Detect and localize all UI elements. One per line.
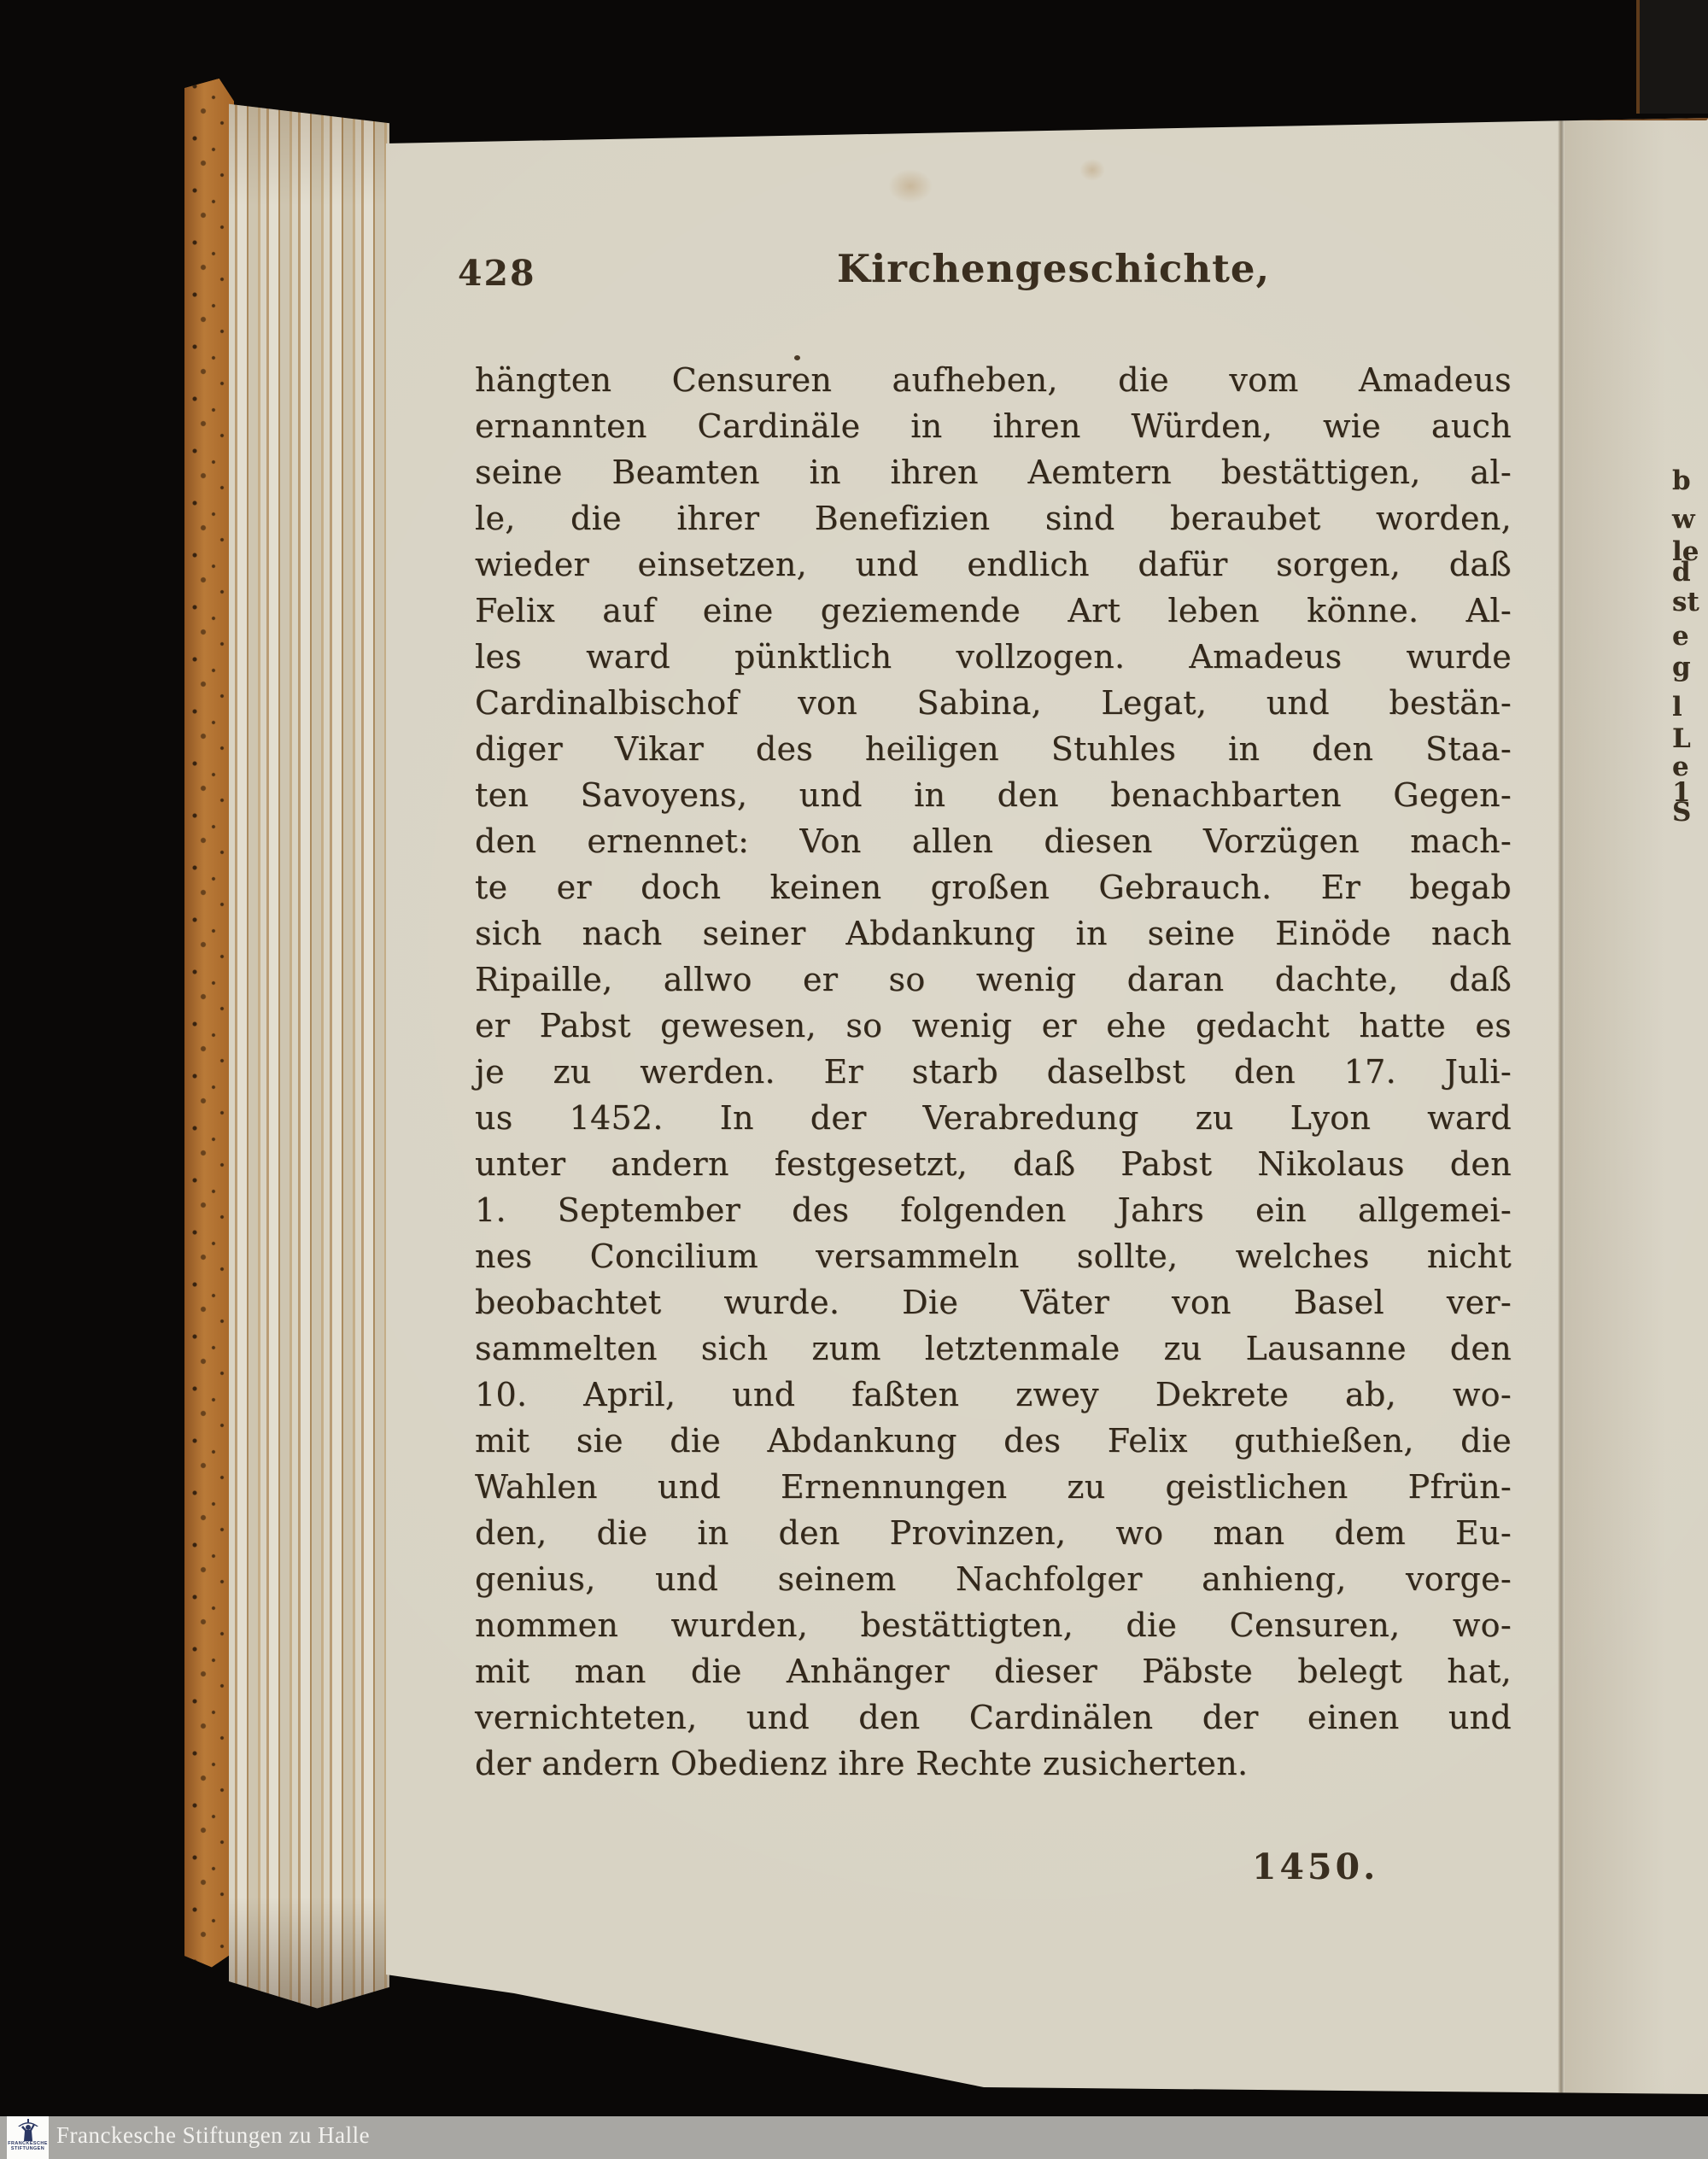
text-line: vernichteten, und den Cardinälen der ein… — [475, 1694, 1512, 1741]
gutter-crease — [1558, 116, 1565, 2098]
text-line: genius, und seinem Nachfolger anhieng, v… — [475, 1556, 1512, 1602]
paper-stain — [888, 169, 933, 203]
text-line: je zu werden. Er starb daselbst den 17. … — [475, 1049, 1512, 1095]
text-line: Wahlen und Ernennungen zu geistlichen Pf… — [475, 1464, 1512, 1510]
text-line: Felix auf eine geziemende Art leben könn… — [475, 588, 1512, 634]
institution-logo: FRANCKESCHE STIFTUNGEN — [7, 2116, 49, 2159]
paper-stain — [984, 109, 1006, 123]
cut-letter-fragment: e — [1672, 621, 1689, 652]
text-line: te er doch keinen großen Gebrauch. Er be… — [475, 864, 1512, 910]
binding-shadow — [1636, 0, 1708, 114]
text-line: ernannten Cardinäle in ihren Würden, wie… — [475, 403, 1512, 449]
cut-letter-fragment: L — [1672, 723, 1691, 754]
text-line: 1. September des folgenden Jahrs ein all… — [475, 1187, 1512, 1233]
paper-stain — [1079, 159, 1105, 181]
cut-letter-fragment: d — [1672, 557, 1691, 588]
text-line: hängten Censuren aufheben, die vom Amade… — [475, 357, 1512, 403]
cut-letter-fragment: g — [1672, 652, 1691, 682]
facing-page-text-fragments: bwledsteglLe1S — [1672, 109, 1708, 2099]
text-line: nes Concilium versammeln sollte, welches… — [475, 1233, 1512, 1279]
text-line: den ernennet: Von allen diesen Vorzügen … — [475, 818, 1512, 864]
footer-bar: FRANCKESCHE STIFTUNGEN Franckesche Stift… — [0, 2116, 1708, 2159]
text-line: sich nach seiner Abdankung in seine Einö… — [475, 910, 1512, 957]
marginal-year: 1450. — [1252, 1846, 1378, 1887]
logo-caption: FRANCKESCHE STIFTUNGEN — [8, 2141, 48, 2151]
institution-name: Franckesche Stiftungen zu Halle — [56, 2116, 370, 2154]
text-line: der andern Obedienz ihre Rechte zusicher… — [475, 1741, 1512, 1787]
text-line: unter andern festgesetzt, daß Pabst Niko… — [475, 1141, 1512, 1187]
cut-letter-fragment: S — [1672, 797, 1691, 828]
text-line: seine Beamten in ihren Aemtern bestättig… — [475, 449, 1512, 495]
cut-letter-fragment: w — [1672, 504, 1695, 535]
text-line: le, die ihrer Benefizien sind beraubet w… — [475, 495, 1512, 541]
text-line: les ward pünktlich vollzogen. Amadeus wu… — [475, 634, 1512, 680]
page-top-edge — [975, 115, 1708, 120]
cut-letter-fragment: l — [1672, 692, 1682, 723]
page-number: 428 — [458, 253, 536, 294]
text-line: sammelten sich zum letztenmale zu Lausan… — [475, 1325, 1512, 1372]
text-line: Cardinalbischof von Sabina, Legat, und b… — [475, 680, 1512, 726]
text-line: er Pabst gewesen, so wenig er ehe gedach… — [475, 1003, 1512, 1049]
text-line: ten Savoyens, und in den benachbarten Ge… — [475, 772, 1512, 818]
cut-letter-fragment: b — [1672, 465, 1691, 496]
francke-eagle-icon — [15, 2119, 41, 2141]
text-line: nommen wurden, bestättigten, die Censure… — [475, 1602, 1512, 1648]
text-line: Ripaille, allwo er so wenig daran dachte… — [475, 957, 1512, 1003]
text-line: mit man die Anhänger dieser Päbste beleg… — [475, 1648, 1512, 1694]
cut-letter-fragment: st — [1672, 587, 1699, 617]
text-line: mit sie die Abdankung des Felix guthieße… — [475, 1418, 1512, 1464]
book-page: 428 Kirchengeschichte, hängten Censuren … — [386, 109, 1708, 2099]
body-text: hängten Censuren aufheben, die vom Amade… — [475, 357, 1512, 1787]
book-cover-edge — [184, 79, 234, 1973]
scanned-book-photo: 428 Kirchengeschichte, hängten Censuren … — [0, 0, 1708, 2159]
text-line: diger Vikar des heiligen Stuhles in den … — [475, 726, 1512, 772]
logo-text-line: STIFTUNGEN — [8, 2146, 48, 2151]
text-line: wieder einsetzen, und endlich dafür sorg… — [475, 541, 1512, 588]
text-line: den, die in den Provinzen, wo man dem Eu… — [475, 1510, 1512, 1556]
text-line: us 1452. In der Verabredung zu Lyon ward — [475, 1095, 1512, 1141]
text-line: 10. April, und faßten zwey Dekrete ab, w… — [475, 1372, 1512, 1418]
running-header: Kirchengeschichte, — [837, 246, 1270, 291]
text-line: beobachtet wurde. Die Väter von Basel ve… — [475, 1279, 1512, 1325]
page-edge-stack — [229, 91, 389, 2012]
